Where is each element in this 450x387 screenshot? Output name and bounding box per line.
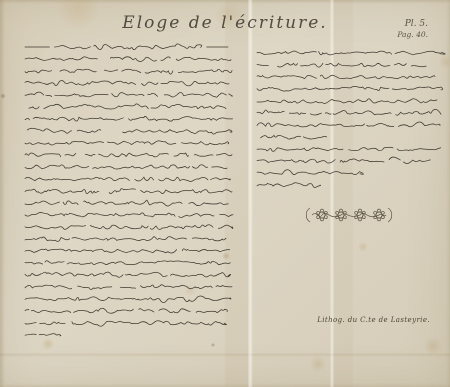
shorthand-line xyxy=(25,41,232,53)
shorthand-line xyxy=(257,155,441,167)
shorthand-line xyxy=(25,53,232,65)
page-number: Pag. 40. xyxy=(397,30,428,39)
shorthand-line xyxy=(25,317,232,329)
shorthand-line xyxy=(25,293,232,305)
shorthand-line xyxy=(25,137,232,149)
shorthand-line xyxy=(25,221,232,233)
shorthand-line xyxy=(257,179,441,191)
shorthand-line xyxy=(25,113,232,125)
shorthand-line xyxy=(25,161,232,173)
shorthand-line xyxy=(25,281,232,293)
plate-label-block: Pl. 5. Pag. 40. xyxy=(397,19,428,40)
floral-ornament-icon xyxy=(303,206,395,224)
shorthand-line xyxy=(257,59,441,71)
lithographer-credit: Lithog. du C.te de Lasteyrie. xyxy=(317,316,430,324)
floral-ornament xyxy=(257,206,441,228)
shorthand-line xyxy=(25,185,232,197)
shorthand-line xyxy=(25,197,232,209)
shorthand-column-right xyxy=(257,47,441,191)
plate-number: Pl. 5. xyxy=(397,19,428,30)
shorthand-line xyxy=(25,125,232,137)
shorthand-line xyxy=(25,149,232,161)
shorthand-line xyxy=(257,143,441,155)
shorthand-line xyxy=(257,71,441,83)
shorthand-line xyxy=(25,65,232,77)
shorthand-line xyxy=(25,209,232,221)
scanned-page: Eloge de l'écriture. Pl. 5. Pag. 40. Lit… xyxy=(0,0,450,387)
shorthand-line xyxy=(257,167,441,179)
shorthand-line xyxy=(25,329,232,341)
shorthand-column-left xyxy=(25,41,232,341)
shorthand-line xyxy=(257,107,441,119)
shorthand-line xyxy=(257,119,441,131)
page-title: Eloge de l'écriture. xyxy=(0,13,450,33)
shorthand-line xyxy=(257,47,441,59)
shorthand-line xyxy=(25,245,232,257)
shorthand-line xyxy=(25,233,232,245)
shorthand-line xyxy=(257,131,441,143)
shorthand-line xyxy=(25,305,232,317)
shorthand-line xyxy=(25,269,232,281)
shorthand-line xyxy=(25,89,232,101)
shorthand-line xyxy=(25,257,232,269)
shorthand-line xyxy=(25,77,232,89)
shorthand-line xyxy=(257,83,441,95)
shorthand-line xyxy=(257,95,441,107)
shorthand-line xyxy=(25,101,232,113)
shorthand-line xyxy=(25,173,232,185)
